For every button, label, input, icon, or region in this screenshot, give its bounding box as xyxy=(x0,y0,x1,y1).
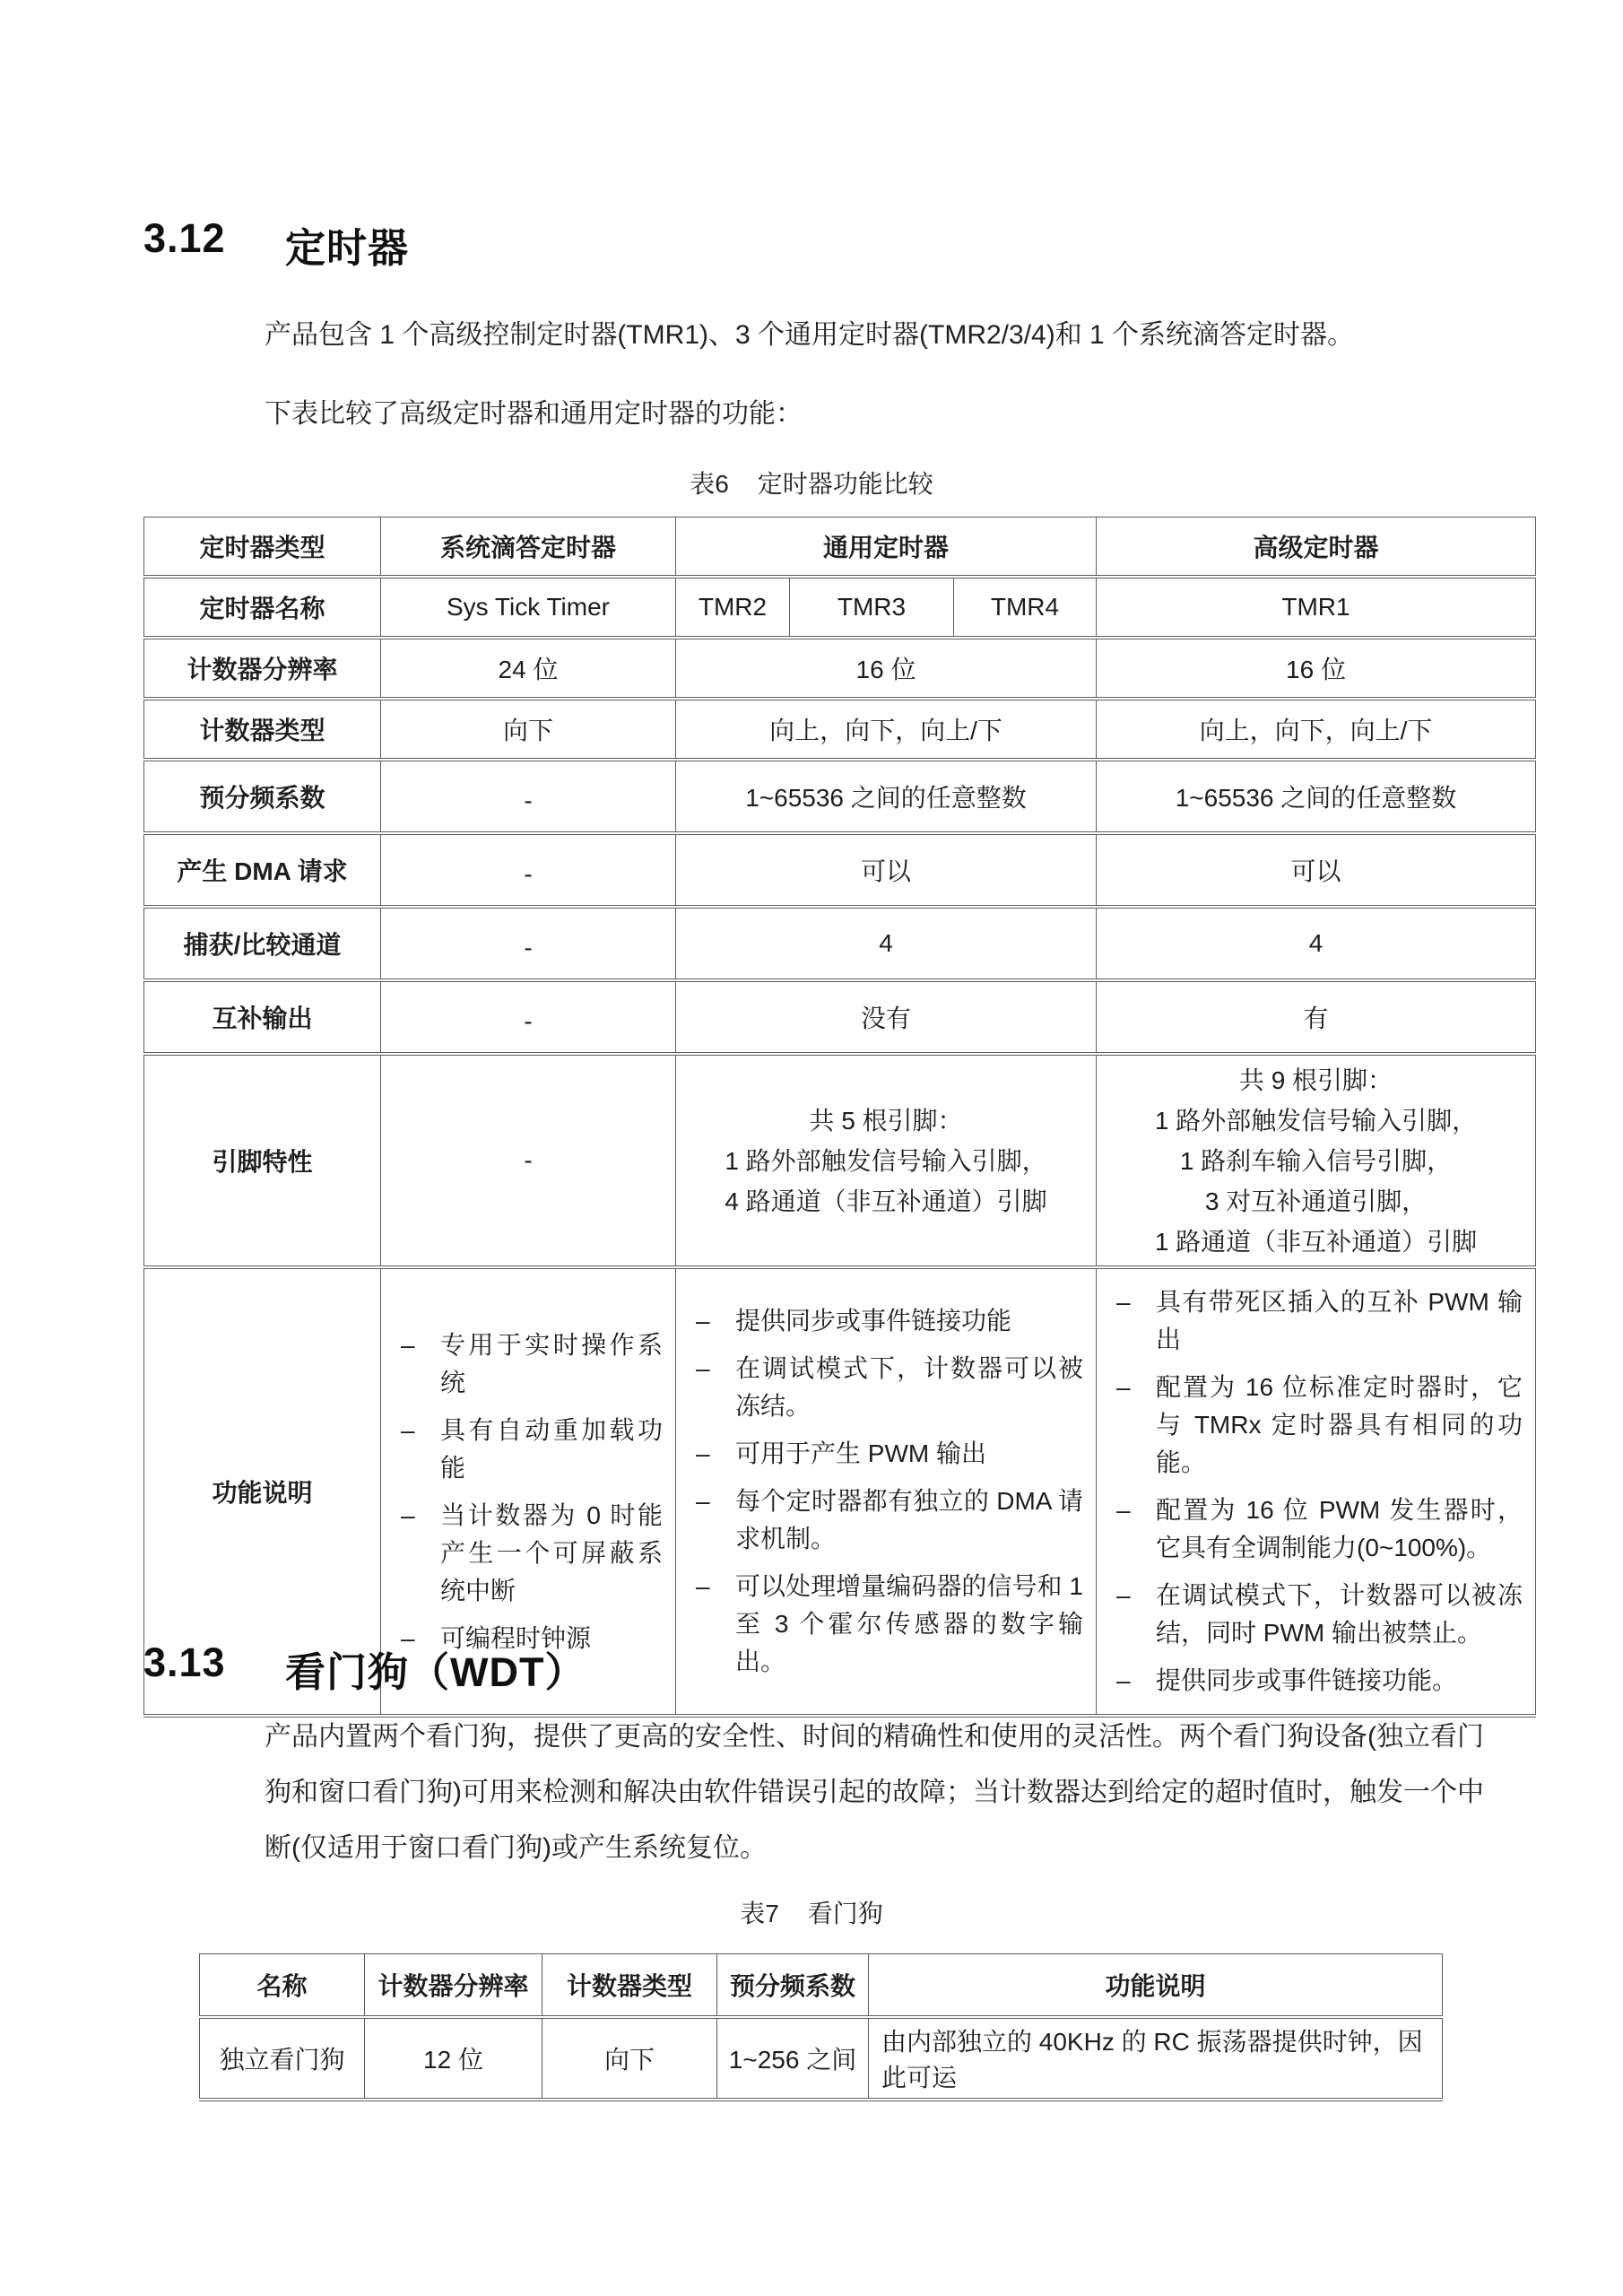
cell-pin-list-general: 共 5 根引脚： 1 路外部触发信号输入引脚， 4 路通道（非互补通道）引脚 xyxy=(676,1054,1097,1267)
cell-dash: - xyxy=(381,980,676,1054)
cell-value: 1~65536 之间的任意整数 xyxy=(1097,760,1536,833)
document-page: 3.12 定时器 产品包含 1 个高级控制定时器(TMR1)、3 个通用定时器(… xyxy=(0,0,1623,2296)
paragraph-watchdog-intro: 产品内置两个看门狗，提供了更高的安全性、时间的精确性和使用的灵活性。两个看门狗设… xyxy=(265,1709,1484,1876)
list-item-text: 配置为 16 位 PWM 发生器时，它具有全调制能力(0~100%)。 xyxy=(1156,1492,1523,1567)
table-header-row: 名称 计数器分辨率 计数器类型 预分频系数 功能说明 xyxy=(200,1954,1443,2018)
list-item: –专用于实时操作系统 xyxy=(394,1326,663,1402)
cell-value: 向下 xyxy=(542,2017,717,2100)
bullet-dash: – xyxy=(394,1326,440,1402)
cell-label: 预分频系数 xyxy=(144,760,381,833)
pin-line: 4 路通道（非互补通道）引脚 xyxy=(685,1181,1087,1222)
cell-value: 12 位 xyxy=(365,2017,542,2100)
list-item-text: 在调试模式下，计数器可以被冻结，同时 PWM 输出被禁止。 xyxy=(1156,1577,1523,1652)
list-item: –具有自动重加载功能 xyxy=(394,1412,663,1487)
watchdog-table: 名称 计数器分辨率 计数器类型 预分频系数 功能说明 独立看门狗 12 位 向下… xyxy=(199,1953,1443,2101)
cell-label: 计数器类型 xyxy=(144,699,381,760)
bullet-dash: – xyxy=(689,1568,735,1681)
cell-value: 可以 xyxy=(1097,833,1536,907)
cell-header: 预分频系数 xyxy=(717,1954,869,2018)
cell-value: TMR1 xyxy=(1097,577,1536,638)
bullet-dash: – xyxy=(1109,1283,1156,1359)
cell-value: 独立看门狗 xyxy=(200,2017,365,2100)
cell-bullet-list-general: –提供同步或事件链接功能 –在调试模式下，计数器可以被冻结。 –可用于产生 PW… xyxy=(676,1267,1097,1716)
section-title: 看门狗（WDT） xyxy=(285,1639,586,1698)
table7-caption-label: 表7 xyxy=(740,1900,779,1927)
list-item-text: 配置为 16 位标准定时器时，它与 TMRx 定时器具有相同的功能。 xyxy=(1156,1369,1523,1482)
list-item-text: 当计数器为 0 时能产生一个可屏蔽系统中断 xyxy=(440,1497,663,1610)
cell-header: 功能说明 xyxy=(869,1954,1443,2018)
bullet-dash: – xyxy=(394,1497,440,1610)
list-item: –在调试模式下，计数器可以被冻结，同时 PWM 输出被禁止。 xyxy=(1109,1577,1523,1652)
list-item: –可用于产生 PWM 输出 xyxy=(689,1435,1083,1473)
section-heading-3-12: 3.12 定时器 xyxy=(143,215,409,274)
bullet-dash: – xyxy=(1109,1492,1156,1567)
list-item-text: 可用于产生 PWM 输出 xyxy=(735,1435,1083,1473)
timer-comparison-table: 定时器类型 系统滴答定时器 通用定时器 高级定时器 定时器名称 Sys Tick… xyxy=(143,517,1536,1718)
cell-value: 24 位 xyxy=(381,638,676,699)
cell-value: 1~256 之间 xyxy=(717,2017,869,2100)
table7-caption: 表7看门狗 xyxy=(0,1894,1623,1930)
section-heading-3-13: 3.13 看门狗（WDT） xyxy=(143,1639,586,1698)
cell-header-advanced: 高级定时器 xyxy=(1097,517,1536,578)
table-row: 捕获/比较通道 - 4 4 xyxy=(144,907,1536,980)
cell-header: 计数器分辨率 xyxy=(365,1954,542,2018)
table-row: 互补输出 - 没有 有 xyxy=(144,980,1536,1054)
table-row: 计数器类型 向下 向上，向下，向上/下 向上，向下，向上/下 xyxy=(144,699,1536,760)
cell-header: 名称 xyxy=(200,1954,365,2018)
list-item: –在调试模式下，计数器可以被冻结。 xyxy=(689,1350,1083,1425)
bullet-dash: – xyxy=(689,1302,735,1340)
table-row: 定时器名称 Sys Tick Timer TMR2 TMR3 TMR4 TMR1 xyxy=(144,577,1536,638)
pin-line: 共 9 根引脚： xyxy=(1106,1060,1526,1100)
cell-label: 产生 DMA 请求 xyxy=(144,833,381,907)
list-item-text: 具有自动重加载功能 xyxy=(440,1412,663,1487)
bullet-dash: – xyxy=(689,1435,735,1473)
paragraph-timers-intro: 产品包含 1 个高级控制定时器(TMR1)、3 个通用定时器(TMR2/3/4)… xyxy=(265,316,1354,355)
cell-dash: - xyxy=(381,1054,676,1267)
cell-dash: - xyxy=(381,760,676,833)
list-item-text: 具有带死区插入的互补 PWM 输出 xyxy=(1156,1283,1523,1359)
table-row: 预分频系数 - 1~65536 之间的任意整数 1~65536 之间的任意整数 xyxy=(144,760,1536,833)
cell-dash: - xyxy=(381,907,676,980)
bullet-dash: – xyxy=(394,1412,440,1487)
pin-line: 1 路外部触发信号输入引脚， xyxy=(685,1141,1087,1181)
cell-label: 互补输出 xyxy=(144,980,381,1054)
table6-caption: 表6定时器功能比较 xyxy=(0,465,1623,500)
bullet-dash: – xyxy=(1109,1369,1156,1482)
cell-pin-list-advanced: 共 9 根引脚： 1 路外部触发信号输入引脚， 1 路刹车输入信号引脚， 3 对… xyxy=(1097,1054,1536,1267)
list-item-text: 在调试模式下，计数器可以被冻结。 xyxy=(735,1350,1083,1425)
bullet-dash: – xyxy=(689,1350,735,1425)
list-item: –具有带死区插入的互补 PWM 输出 xyxy=(1109,1283,1523,1359)
cell-dash: - xyxy=(381,833,676,907)
list-item: –提供同步或事件链接功能。 xyxy=(1109,1662,1523,1700)
list-item-text: 可以处理增量编码器的信号和 1 至 3 个霍尔传感器的数字输出。 xyxy=(735,1568,1083,1681)
cell-value: 向下 xyxy=(381,699,676,760)
cell-label: 计数器分辨率 xyxy=(144,638,381,699)
table6-caption-label: 表6 xyxy=(690,470,729,498)
cell-value: TMR2 xyxy=(676,577,790,638)
table-row: 定时器类型 系统滴答定时器 通用定时器 高级定时器 xyxy=(144,517,1536,578)
pin-line: 1 路通道（非互补通道）引脚 xyxy=(1106,1222,1526,1262)
table-row-pin-features: 引脚特性 - 共 5 根引脚： 1 路外部触发信号输入引脚， 4 路通道（非互补… xyxy=(144,1054,1536,1267)
cell-header-systick: 系统滴答定时器 xyxy=(381,517,676,578)
cell-value: 4 xyxy=(1097,907,1536,980)
list-item: –配置为 16 位 PWM 发生器时，它具有全调制能力(0~100%)。 xyxy=(1109,1492,1523,1567)
cell-header: 计数器类型 xyxy=(542,1954,717,2018)
cell-value: 4 xyxy=(676,907,1097,980)
cell-value: 有 xyxy=(1097,980,1536,1054)
cell-description: 由内部独立的 40KHz 的 RC 振荡器提供时钟，因此可运 xyxy=(869,2017,1443,2100)
list-item: –当计数器为 0 时能产生一个可屏蔽系统中断 xyxy=(394,1497,663,1610)
list-item: –配置为 16 位标准定时器时，它与 TMRx 定时器具有相同的功能。 xyxy=(1109,1369,1523,1482)
cell-value: 向上，向下，向上/下 xyxy=(676,699,1097,760)
bullet-dash: – xyxy=(689,1483,735,1558)
pin-line: 共 5 根引脚： xyxy=(685,1100,1087,1141)
bullet-dash: – xyxy=(1109,1577,1156,1652)
pin-line: 1 路外部触发信号输入引脚， xyxy=(1106,1100,1526,1141)
paragraph-table-intro: 下表比较了高级定时器和通用定时器的功能： xyxy=(265,395,803,434)
cell-value: 可以 xyxy=(676,833,1097,907)
section-title: 定时器 xyxy=(285,215,409,274)
table7-caption-title: 看门狗 xyxy=(808,1900,883,1927)
cell-label: 定时器类型 xyxy=(144,517,381,578)
bullet-dash: – xyxy=(1109,1662,1156,1700)
table-row: 计数器分辨率 24 位 16 位 16 位 xyxy=(144,638,1536,699)
cell-bullet-list-advanced: –具有带死区插入的互补 PWM 输出 –配置为 16 位标准定时器时，它与 TM… xyxy=(1097,1267,1536,1716)
table-row: 产生 DMA 请求 - 可以 可以 xyxy=(144,833,1536,907)
list-item: –提供同步或事件链接功能 xyxy=(689,1302,1083,1340)
cell-value: TMR4 xyxy=(954,577,1097,638)
table6-caption-title: 定时器功能比较 xyxy=(758,470,933,498)
list-item-text: 每个定时器都有独立的 DMA 请求机制。 xyxy=(735,1483,1083,1558)
section-number: 3.12 xyxy=(143,215,285,274)
cell-label: 捕获/比较通道 xyxy=(144,907,381,980)
pin-line: 3 对互补通道引脚， xyxy=(1106,1181,1526,1222)
pin-line: 1 路刹车输入信号引脚， xyxy=(1106,1141,1526,1181)
cell-value: 没有 xyxy=(676,980,1097,1054)
list-item-text: 提供同步或事件链接功能 xyxy=(735,1302,1083,1340)
table-row: 独立看门狗 12 位 向下 1~256 之间 由内部独立的 40KHz 的 RC… xyxy=(200,2017,1443,2100)
cell-value: 向上，向下，向上/下 xyxy=(1097,699,1536,760)
cell-value: TMR3 xyxy=(790,577,954,638)
list-item: –每个定时器都有独立的 DMA 请求机制。 xyxy=(689,1483,1083,1558)
cell-label: 定时器名称 xyxy=(144,577,381,638)
cell-value: 1~65536 之间的任意整数 xyxy=(676,760,1097,833)
cell-value: 16 位 xyxy=(1097,638,1536,699)
cell-value: Sys Tick Timer xyxy=(381,577,676,638)
section-number: 3.13 xyxy=(143,1639,285,1698)
cell-value: 16 位 xyxy=(676,638,1097,699)
list-item-text: 提供同步或事件链接功能。 xyxy=(1156,1662,1523,1700)
cell-header-general: 通用定时器 xyxy=(676,517,1097,578)
list-item: –可以处理增量编码器的信号和 1 至 3 个霍尔传感器的数字输出。 xyxy=(689,1568,1083,1681)
cell-label: 引脚特性 xyxy=(144,1054,381,1267)
list-item-text: 专用于实时操作系统 xyxy=(440,1326,663,1402)
